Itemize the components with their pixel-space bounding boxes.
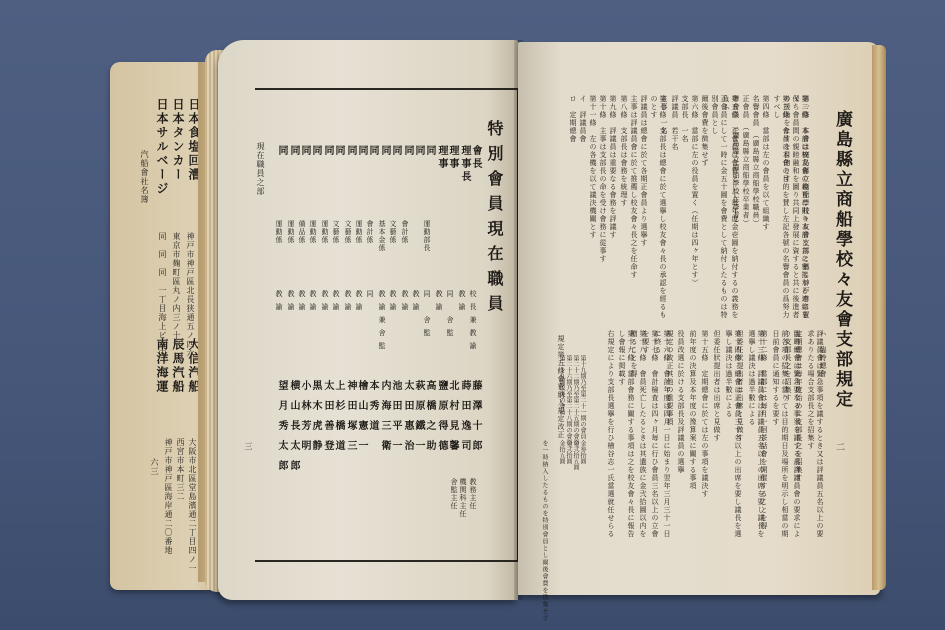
member-duty: 運動係	[286, 220, 295, 244]
article-line: 評議員は總會に於て各期正會員より選擧す	[639, 95, 648, 247]
member-duty: 運動部長	[422, 220, 431, 252]
article-line: 第十九條 當部會務に關する事項は之を校友會々長に報告し會報に掲載す	[617, 330, 635, 545]
member-position: 教諭	[354, 290, 363, 316]
member-position: 校長兼教諭	[468, 290, 477, 355]
member-duty: 文藝係	[331, 220, 340, 244]
member-position: 教諭	[286, 290, 295, 316]
article-line: 第十條 主事は支部長の命を受け會務に從事す	[598, 95, 607, 263]
article-line: 正會員にして一時に金五十圓を會費として納付したるものは特別會員とし	[710, 95, 728, 320]
right-page-title: 廣島縣立商船學校々友會支部規定	[830, 110, 855, 410]
member-position: 同 舍監	[422, 290, 431, 342]
right-page-edge	[872, 45, 886, 590]
article-line: 評議員會は緊急事項を議するとき又は評議員五名以上の要求ありたる場合支部長之を招集…	[806, 330, 824, 545]
article-line: 爾後會費を徴集せず	[700, 95, 709, 167]
left-page-footer-note: 現在職員之部	[256, 142, 265, 196]
company-name: 南洋海運	[154, 338, 171, 394]
article-line: 前年度の決算及本年度の豫算案に關する事項	[688, 330, 697, 490]
member-name: 望月秀太郎	[274, 380, 289, 480]
member-position: 教諭	[434, 290, 443, 316]
page-number: 三	[244, 442, 253, 451]
member-position: 教諭	[343, 290, 352, 316]
member-duty: 運動係	[308, 220, 317, 244]
member-position: 教諭兼舍監	[377, 290, 386, 355]
member-position: 教諭	[320, 290, 329, 316]
article-line: 第三條 會員は本會の目的を賛し左記各號の名譽會員の爲努力すべし	[772, 95, 790, 320]
member-position: 教諭	[400, 290, 409, 316]
article-line: 第十一條 左の各機を以て議決機關とす	[588, 95, 597, 239]
article-line: 名譽會員 （廣島縣立商船學校職員）	[751, 95, 760, 228]
back-booklet-section-label: 汽船會社名簿	[140, 150, 149, 204]
member-duty: 文藝係	[388, 220, 397, 244]
fee-range: 第二十九期以後の會員	[557, 355, 566, 415]
company-address: 大阪市北區堂島濱通二丁目四ノ一	[188, 438, 197, 573]
article-line: 第七條 支部長は總會に於て選擧し校友會々長の承認を經るものとす	[649, 95, 667, 320]
extra-position: 機関科主任	[458, 478, 467, 518]
member-position: 教諭	[388, 290, 397, 316]
extra-position: 教務主任	[468, 478, 477, 510]
left-page-title: 特別會員現在職員	[483, 120, 506, 320]
article-line: 第九條 評議員は重要なる會務を評議す	[608, 95, 617, 239]
member-position: 同	[365, 290, 374, 303]
company-address: 神戸市神戸區海岸通二〇番地	[164, 438, 173, 555]
member-duty: 運動係	[354, 220, 363, 244]
article-line: 役員改選に於ける支部長及評議員の選擧	[676, 330, 685, 474]
company-name: 辰馬汽船	[170, 338, 187, 394]
company-address: 西宮市本町三二	[176, 438, 185, 501]
member-position: 教諭	[331, 290, 340, 316]
article-line: 第四條 當部は左の會員を以て組織す	[761, 95, 770, 231]
member-position: 教諭	[297, 290, 306, 316]
member-position: 教諭	[411, 290, 420, 316]
fee-amount: 金拾五圓	[557, 440, 566, 464]
member-duty: 基本金係	[377, 220, 386, 252]
member-position: 教諭	[274, 290, 283, 316]
member-position: 教諭	[308, 290, 317, 316]
page-number: 二	[834, 442, 843, 452]
article-line: 評議員 若干名	[670, 95, 679, 151]
member-duty: 備品係	[297, 220, 306, 244]
article-line: 第十四條 總會は正會員三十名以上の出席を要し議長を選擧し議決は過半數による	[724, 330, 742, 545]
company-address: 東京市麹町區丸ノ内三ノ十六	[172, 232, 181, 349]
member-role: 同	[274, 145, 289, 158]
article-line: 但委任狀提出者は出席と見做す	[712, 330, 721, 442]
article-line: 前各項の招集に當りては目的期日及場所を明示し相當の期日前會員に通知するを要す	[771, 330, 789, 545]
company-name: 日本サルベージ	[154, 98, 171, 196]
article-line: 正會員 （廣島縣立商船學校卒業者）	[741, 95, 750, 228]
member-duty: 會計係	[400, 220, 409, 244]
member-position: 教諭	[457, 290, 466, 316]
article-line: ロ 定期總會	[568, 95, 577, 143]
article-line: イ 評議員會	[578, 95, 587, 143]
member-duty: 會計係	[365, 220, 374, 244]
article-line: 支部長 一名	[680, 95, 689, 143]
article-line: 第八條 支部長は會務を統理す	[619, 95, 628, 207]
article-line: 第十三條 評議員會は評議員五名以上の出席を要し議長を選擧し議決は過半數による	[747, 330, 765, 545]
article-line: 第六條 當部に左の役員を置く（任期は四ヶ年とす）	[690, 95, 699, 287]
page-number: 六三	[150, 458, 159, 476]
member-duty: 運動係	[274, 220, 283, 244]
article-line: 右規定により支部長選擧を行ひ檜谷志一氏當選就任せらる	[606, 330, 615, 538]
company-name: 日本タンカー	[170, 98, 187, 182]
extra-position: 舍監主任	[449, 478, 458, 510]
member-duty: 文藝係	[343, 220, 352, 244]
article-line: 主事は評議員會に於て推薦し校友會々長之を任命す	[629, 95, 638, 279]
member-position: 同 舍監	[445, 290, 454, 342]
article-line: 第十五條 定期總會に於ては左の事項を議決す	[700, 330, 709, 498]
fee-note: を一時納入したるものを特別會員とし爾後會費を徴集せず	[540, 440, 549, 622]
member-duty: 運動係	[320, 220, 329, 244]
